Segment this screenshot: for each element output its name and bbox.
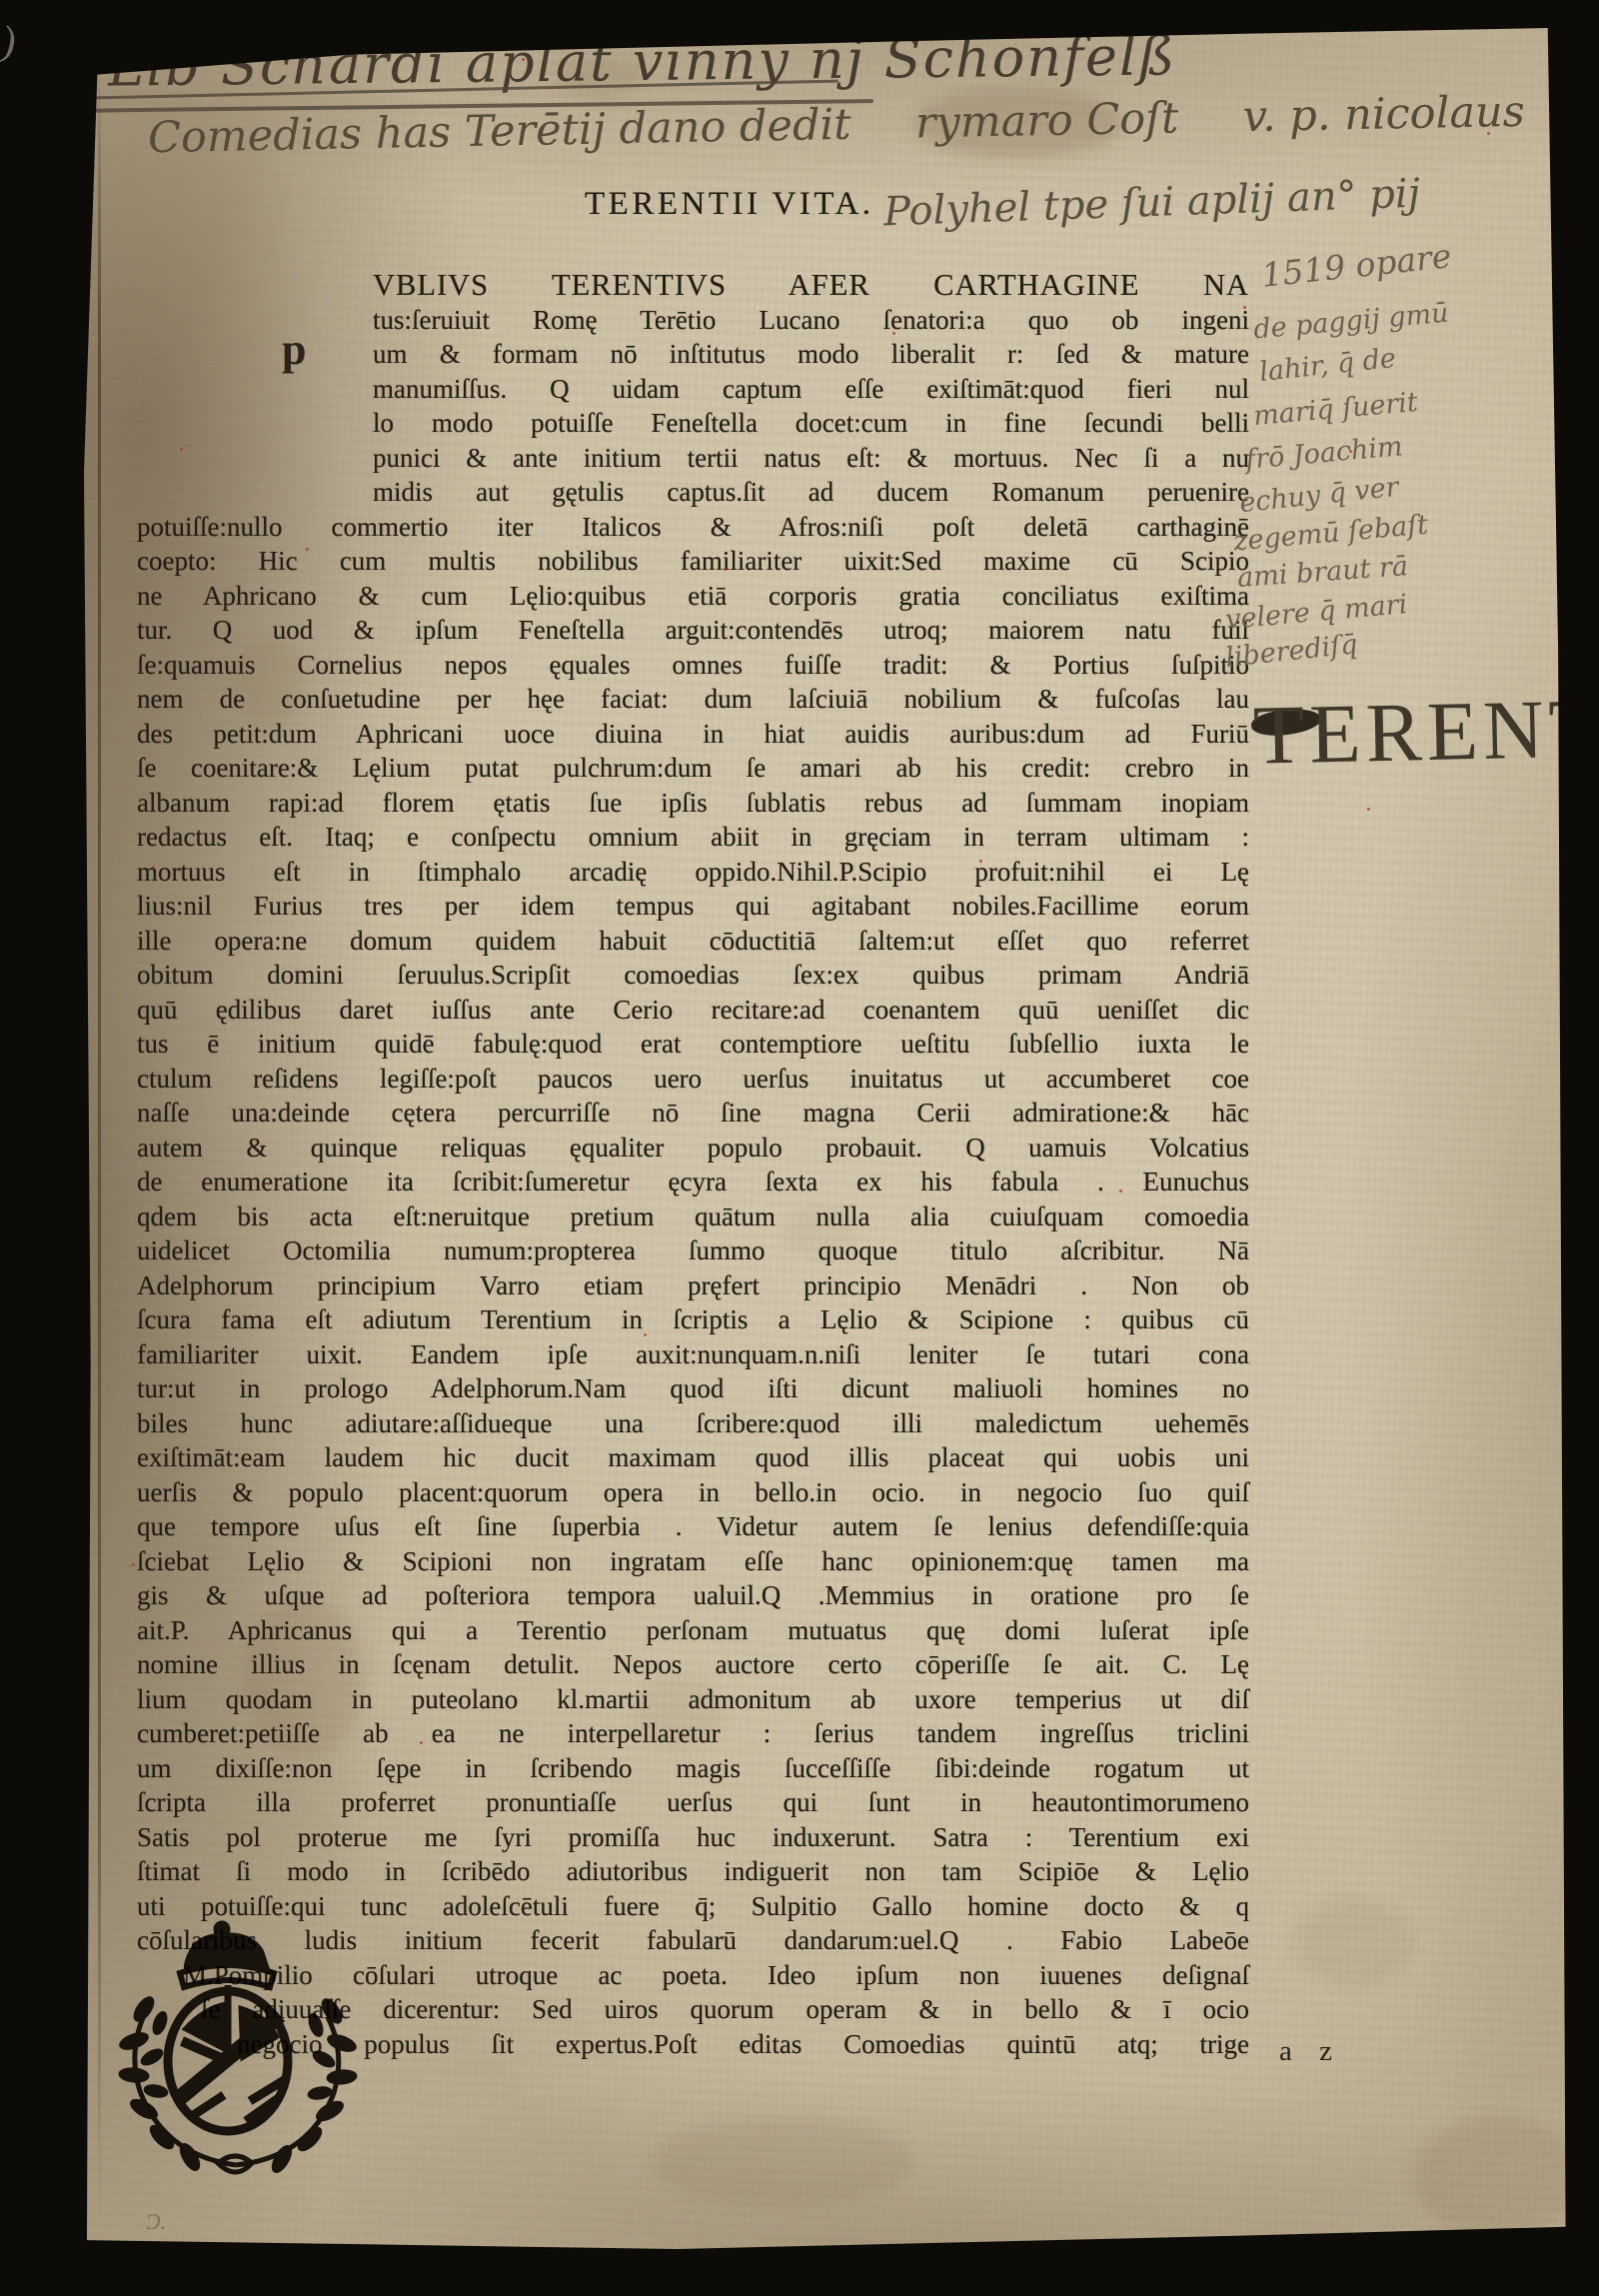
text-line: ſciebat Lęlio & Scipioni non ingratam eſ… — [137, 1544, 1249, 1579]
parchment-page: Lib Schardi aplat vinny nj Schonfelß Com… — [84, 28, 1567, 2249]
text-line: lium quodam in puteolano kl.martii admon… — [137, 1682, 1249, 1717]
ink-speckle — [1487, 132, 1490, 135]
ink-speckle — [1243, 306, 1246, 309]
library-stamp-icon — [100, 1911, 400, 2201]
text-line: nem de conſuetudine per hęe faciat: dum … — [137, 682, 1249, 717]
gutter-crease — [98, 58, 101, 2217]
text-line: albanum rapi:ad florem ętatis ſue ipſis … — [137, 786, 1249, 821]
ink-speckle — [644, 1333, 647, 1336]
margin-note: lahir, q̄ de — [1258, 343, 1397, 388]
text-line: des petit:dum Aphricani uoce diuina in h… — [137, 717, 1249, 752]
text-line: um & formam nō inſtitutus modo liberalit… — [137, 337, 1249, 372]
text-line: nomine illius in ſcęnam detulit. Nepos a… — [137, 1647, 1249, 1682]
text-line: redactus eſt. Itaq; e conſpectu omnium a… — [137, 820, 1249, 855]
margin-note: velere q̄ mari — [1224, 589, 1408, 636]
text-line: tur. Q uod & ipſum Feneſtella arguit:con… — [137, 613, 1249, 648]
text-line: ſe coenitare:& Lęlium putat pulchrum:dum… — [137, 751, 1249, 786]
text-line: gis & uſque ad poſteriora tempora ualuil… — [137, 1578, 1249, 1613]
margin-note: mariq̄ ſuerit — [1252, 387, 1419, 432]
text-line: naſſe una:deinde cętera percurriſſe nō ſ… — [137, 1096, 1249, 1131]
text-line: Satis pol proterue me ſyri promiſſa huc … — [137, 1820, 1249, 1855]
margin-note: frō Joachim — [1244, 431, 1404, 476]
ink-speckle — [522, 58, 525, 61]
margin-note: 1519 opare — [1259, 236, 1452, 295]
stain — [1413, 2117, 1567, 2237]
ink-speckle — [724, 568, 727, 571]
text-line: familiariter uixit. Eandem ipſe auxit:nu… — [137, 1337, 1249, 1372]
handwritten-ownership-note: Lib Schardi aplat vinny nj Schonfelß — [108, 28, 1177, 99]
text-line: potuiſſe:nullo commertio iter Italicos &… — [137, 510, 1249, 545]
handwritten-donation-note: Comedias has Terētij dano dedit rymaro C… — [148, 87, 1526, 163]
signature-mark: a z — [1279, 2035, 1342, 2068]
margin-note: de paggij gmū — [1252, 298, 1450, 346]
ink-speckle — [1349, 450, 1352, 453]
ink-speckle — [180, 448, 183, 451]
text-line: obitum domini ſeruulus.Scripſit comoedia… — [137, 958, 1249, 993]
ink-speckle — [306, 548, 309, 551]
text-line: ait.P. Aphricanus qui a Terentio perſona… — [137, 1613, 1249, 1648]
text-line: autem & quinque reliquas ęqualiter popul… — [137, 1131, 1249, 1165]
text-line: uidelicet Octomilia numum:propterea ſumm… — [137, 1233, 1249, 1268]
text-line: quū ędilibus daret iuſſus ante Cerio rec… — [137, 993, 1249, 1028]
text-line: tus ē initium quidē fabulę:quod erat con… — [137, 1027, 1249, 1062]
text-line: mortuus eſt in ſtimphalo arcadię oppido.… — [137, 855, 1249, 890]
text-line: ſcura fama eſt adiutum Terentium in ſcri… — [137, 1302, 1249, 1337]
text-line: manumiſſus. Q uidam captum eſſe exiſtimā… — [137, 372, 1249, 407]
text-line: uerſis & populo placent:quorum opera in … — [137, 1475, 1249, 1510]
margin-note: ami braut rā — [1236, 551, 1409, 594]
text-line: lo modo potuiſſe Feneſtella docet:cum in… — [137, 406, 1249, 441]
text-block: VBLIVS TERENTIVS AFER CARTHAGINE NAtus:ſ… — [137, 268, 1249, 2061]
ink-speckle — [132, 1563, 135, 1566]
ink-speckle — [1367, 808, 1370, 811]
text-line: ctulum reſidens legiſſe:poſt paucos uero… — [137, 1062, 1249, 1097]
text-line: que tempore uſus eſt ſine ſuperbia . Vid… — [137, 1509, 1249, 1544]
margin-note: echuy q̄ ver — [1238, 472, 1400, 520]
ink-speckle — [892, 332, 895, 335]
ink-speckle — [979, 860, 982, 863]
ink-speckle — [1119, 1189, 1122, 1192]
text-line: VBLIVS TERENTIVS AFER CARTHAGINE NA — [137, 268, 1249, 303]
text-line: midis aut gętulis captus.ſit ad ducem Ro… — [137, 475, 1249, 510]
text-line: biles hunc adiutare:aſſidueque una ſcrib… — [137, 1406, 1249, 1441]
text-line: de enumeratione ita ſcribit:ſumeretur ęc… — [137, 1164, 1249, 1199]
text-line: ſe:quamuis Cornelius nepos ęquales omnes… — [137, 648, 1249, 683]
text-line: Adelphorum principium Varro etiam pręfer… — [137, 1268, 1249, 1303]
text-line: um dixiſſe:non ſępe in ſcribendo magis ſ… — [137, 1751, 1249, 1786]
ink-speckle — [152, 866, 155, 869]
page-title: TERENTII VITA. — [585, 186, 874, 223]
text-line: coepto: Hic cum multis nobilibus familia… — [137, 544, 1249, 579]
text-line: tur:ut in prologo Adelphorum.Nam quod iſ… — [137, 1371, 1249, 1406]
text-line: cumberet:petiiſſe ab ea ne interpellaret… — [137, 1716, 1249, 1751]
text-line: punici & ante initium tertii natus eſt: … — [137, 441, 1249, 476]
text-line: exiſtimāt:eam laudem hic ducit maximam q… — [137, 1440, 1249, 1475]
text-line: ſcripta illa proferret pronuntiaſſe uerſ… — [137, 1785, 1249, 1820]
text-line: qdem bis acta eſt:neruitque pretium quāt… — [137, 1199, 1249, 1234]
handwritten-terentius-inscription: TERENT — [1252, 680, 1567, 784]
text-line: tus:ſeruiuit Romę Terētio Lucano ſenator… — [137, 303, 1249, 338]
faint-pen-mark: Ɔ. — [146, 2209, 166, 2235]
text-line: ſtimat ſi modo in ſcribēdo adiutoribus i… — [137, 1854, 1249, 1889]
text-line: lius:nil Furius tres per idem tempus qui… — [137, 889, 1249, 924]
ink-speckle — [420, 1741, 423, 1744]
scanned-book-page: ) Lib Schardi aplat vinny nj Schonfelß C… — [0, 0, 1599, 2296]
text-line: ne Aphricano & cum Lęlio:quibus etiā cor… — [137, 579, 1249, 614]
handwritten-note-beside-title: Polyhel tpe ſui aplij an° pij — [882, 171, 1420, 236]
scan-corner-mark: ) — [0, 17, 21, 67]
text-line: ille opera:ne domum quidem habuit cōduct… — [137, 924, 1249, 959]
stain — [654, 2117, 913, 2207]
stain — [1293, 1897, 1413, 1987]
